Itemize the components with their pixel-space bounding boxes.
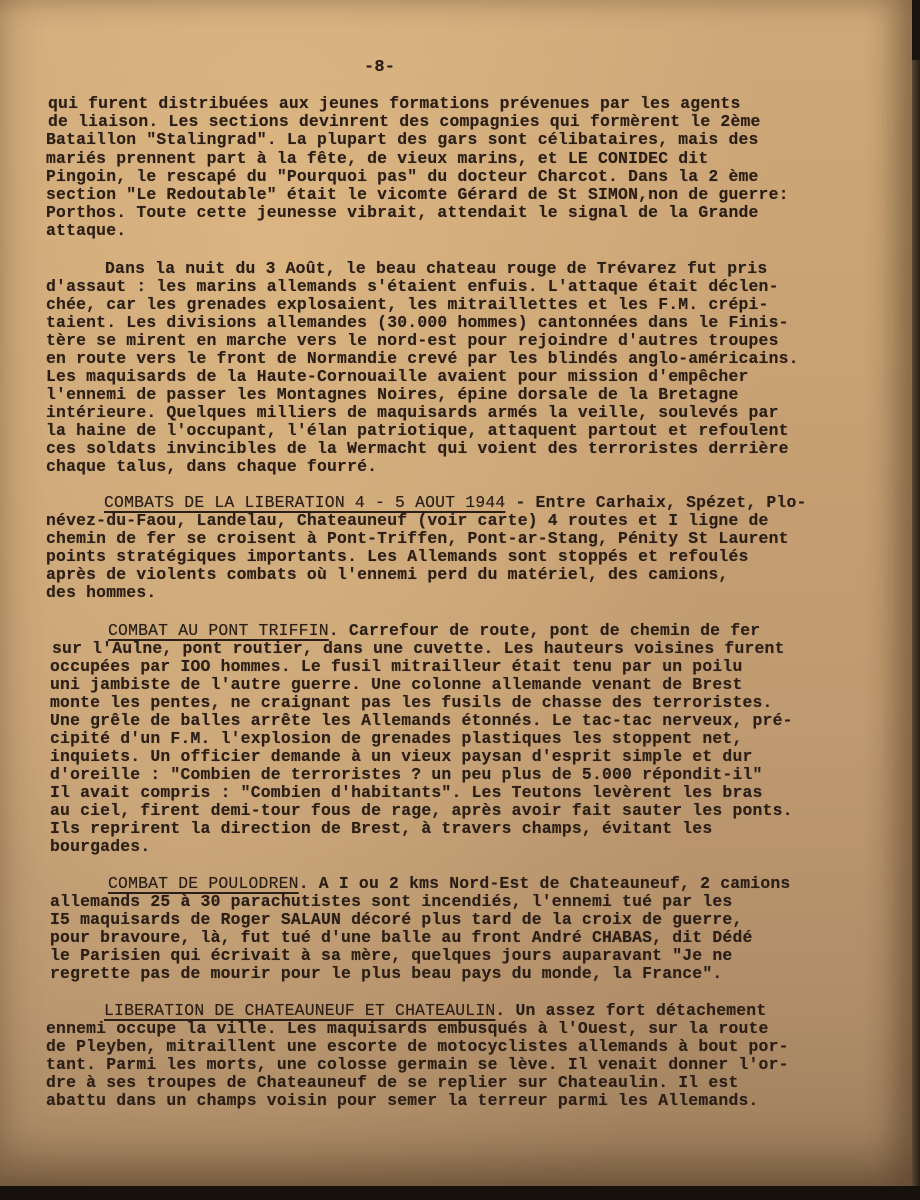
text-line: Il avait compris : "Combien d'habitants"… [50, 784, 763, 802]
text-line: sur l'Aulne, pont routier, dans une cuve… [52, 640, 785, 658]
text-line: LIBERATION DE CHATEAUNEUF ET CHATEAULIN.… [104, 1002, 766, 1020]
text-line: COMBATS DE LA LIBERATION 4 - 5 AOUT 1944… [104, 494, 807, 512]
text-line: d'assaut : les marins allemands s'étaien… [46, 278, 779, 296]
text-line: allemands 25 à 30 parachutistes sont inc… [50, 893, 732, 911]
text-line: tant. Parmi les morts, une colosse germa… [46, 1056, 789, 1074]
text-line: taient. Les divisions allemandes (30.000… [46, 314, 789, 332]
text-line: chée, car les grenades explosaient, les … [46, 296, 769, 314]
text-line: des hommes. [46, 584, 156, 602]
text-line: tère se mirent en marche vers le nord-es… [46, 332, 779, 350]
text-line: uni jambiste de l'autre guerre. Une colo… [50, 676, 742, 694]
text-line: de liaison. Les sections devinrent des c… [48, 113, 761, 131]
page-bottom-border [0, 1186, 920, 1200]
text-line: abattu dans un champs voisin pour semer … [46, 1092, 759, 1110]
text-line: Une grêle de balles arrête les Allemands… [50, 712, 793, 730]
text-line: points stratégiques importants. Les Alle… [46, 548, 749, 566]
section-heading: COMBATS DE LA LIBERATION 4 - 5 AOUT 1944 [104, 493, 505, 512]
text-line: Ils reprirent la direction de Brest, à t… [50, 820, 712, 838]
page-number: -8- [364, 58, 395, 77]
text-line: occupées par IOO hommes. Le fusil mitrai… [50, 658, 742, 676]
text-line: au ciel, firent demi-tour fous de rage, … [50, 802, 793, 820]
text-line: le Parisien qui écrivait à sa mère, quel… [50, 947, 732, 965]
heading-continuation: . A I ou 2 kms Nord-Est de Chateauneuf, … [299, 874, 791, 893]
heading-continuation: . Carrefour de route, pont de chemin de … [329, 621, 761, 640]
text-line: section "Le Redoutable" était le vicomte… [46, 186, 789, 204]
text-line: ennemi occupe la ville. Les maquisards e… [46, 1020, 769, 1038]
heading-continuation: . Un assez fort détachement [495, 1001, 766, 1020]
text-line: dre à ses troupes de Chateauneuf de se r… [46, 1074, 738, 1092]
text-line: intérieure. Quelques milliers de maquisa… [46, 404, 779, 422]
text-line: de Pleyben, mitraillent une escorte de m… [46, 1038, 789, 1056]
text-line: mariés prennent part à la fête, de vieux… [46, 150, 708, 168]
text-line: pour bravoure, là, fut tué d'une balle a… [50, 929, 753, 947]
text-line: bourgades. [50, 838, 150, 856]
text-line: COMBAT DE POULODREN. A I ou 2 kms Nord-E… [108, 875, 790, 893]
text-line: d'oreille : "Combien de terroristes ? un… [50, 766, 763, 784]
text-line: regrette pas de mourir pour le plus beau… [50, 965, 722, 983]
text-line: Porthos. Toute cette jeunesse vibrait, a… [46, 204, 759, 222]
text-line: après de violents combats où l'ennemi pe… [46, 566, 728, 584]
heading-continuation: - Entre Carhaix, Spézet, Plo- [505, 493, 806, 512]
text-line: Dans la nuit du 3 Août, le beau chateau … [105, 260, 767, 278]
text-line: chaque talus, dans chaque fourré. [46, 458, 377, 476]
text-line: qui furent distribuées aux jeunes format… [48, 95, 740, 113]
text-line: l'ennemi de passer les Montagnes Noires,… [46, 386, 738, 404]
text-line: ces soldats invincibles de la Wermacht q… [46, 440, 789, 458]
text-line: névez-du-Faou, Landelau, Chateauneuf (vo… [46, 512, 769, 530]
section-heading: LIBERATION DE CHATEAUNEUF ET CHATEAULIN [104, 1001, 495, 1020]
text-line: COMBAT AU PONT TRIFFIN. Carrefour de rou… [108, 622, 760, 640]
text-line: la haine de l'occupant, l'élan patriotiq… [46, 422, 789, 440]
text-line: attaque. [46, 222, 126, 240]
text-line: Pingoin, le rescapé du "Pourquoi pas" du… [46, 168, 759, 186]
text-line: Bataillon "Stalingrad". La plupart des g… [46, 131, 759, 149]
text-line: en route vers le front de Normandie crev… [46, 350, 799, 368]
section-heading: COMBAT DE POULODREN [108, 874, 299, 893]
text-line: monte les pentes, ne craignant pas les f… [50, 694, 773, 712]
page-edge-shadow [912, 60, 920, 1200]
section-heading: COMBAT AU PONT TRIFFIN [108, 621, 329, 640]
text-line: Les maquisards de la Haute-Cornouaille a… [46, 368, 749, 386]
text-line: inquiets. Un officier demande à un vieux… [50, 748, 753, 766]
text-line: I5 maquisards de Roger SALAUN décoré plu… [50, 911, 742, 929]
text-line: cipité d'un F.M. l'explosion de grenades… [50, 730, 742, 748]
text-line: chemin de fer se croisent à Pont-Triffen… [46, 530, 789, 548]
